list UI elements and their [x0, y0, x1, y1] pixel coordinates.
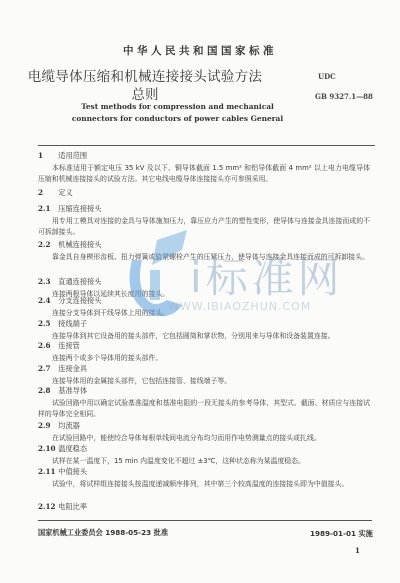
section-heading: 2.3 直通连接接头	[38, 277, 101, 287]
section-text: 连接导体到其它设备用的接头部件，它包括圆筒和掌状物，分别用来与导体和设备装置连接…	[38, 331, 370, 342]
section-heading: 2.5 接线端子	[38, 319, 87, 329]
section-text: 试样在某一温度下，15 min 内温度变化不超过 ±3℃，这种状态称为某温度稳态…	[38, 456, 370, 467]
section-heading: 2.4 分支连接接头	[38, 296, 101, 306]
section-heading: 2.11 中值接头	[38, 467, 87, 477]
section-text: 本标准适用于额定电压 35 kV 及以下、铜导体截面 1.5 mm² 和铝导体截…	[38, 163, 370, 185]
document-title-cn: 电缆导体压缩和机械连接接头试验方法	[0, 65, 290, 85]
approval-info: 国家机械工业委员会 1988-05-23 批准	[38, 528, 168, 538]
section-text: 试验回路中用以确定试验基准温度和基准电阻的一段无接头的参考导体，其型式、截面、材…	[38, 398, 370, 420]
udc-label: UDC	[318, 72, 336, 81]
page-number: 1	[355, 546, 360, 555]
section-heading: 2.2 机械连接接头	[38, 240, 101, 250]
section-heading: 2.9 均流器	[38, 421, 80, 431]
section-text: 连接导体用的金属接头部件，它包括连接管、接线端子等。	[38, 376, 370, 387]
section-heading: 2.8 基准导体	[38, 386, 87, 396]
standard-number: GB 9327.1—88	[315, 92, 373, 101]
section-text: 在试验回路中，能使绞合导体每根单线间电流分布均匀而用作电势测量点的接头或扎线。	[38, 433, 370, 444]
header-divider	[38, 145, 375, 146]
section-heading: 2.12 电阻比率	[38, 502, 87, 512]
section-heading: 2 定义	[38, 188, 73, 198]
document-subtitle-cn: 总则	[0, 83, 290, 103]
watermark-url: WWW.IBIAOZHUN.COM	[168, 300, 311, 313]
section-heading: 2.1 压缩连接接头	[38, 204, 101, 214]
section-heading: 1 适用范围	[38, 151, 87, 161]
section-heading: 2.10 温度稳态	[38, 444, 87, 454]
title-en-line-2: connectors for conductors of power cable…	[0, 113, 355, 125]
title-en-line-1: Test methods for compression and mechani…	[0, 101, 355, 113]
section-text: 用专用工模具对连接的金具与导体施加压力，靠压应力产生的塑性变形，使导体与连接金具…	[38, 216, 370, 238]
section-text: 连接两个或多个导体用的接头部件。	[38, 353, 370, 364]
section-text: 试验中，将试样组连接接头按温度递减顺序排列，其中第三个较高温度的连接接头即为中值…	[38, 479, 370, 490]
section-heading: 2.7 连接金具	[38, 364, 87, 374]
watermark-brand: i标准网	[190, 245, 344, 305]
document-page: 中华人民共和国国家标准 电缆导体压缩和机械连接接头试验方法 总则 UDC GB …	[0, 0, 400, 583]
document-title-en: Test methods for compression and mechani…	[0, 101, 355, 125]
national-standard-heading: 中华人民共和国国家标准	[0, 43, 400, 58]
effective-date: 1989-01-01 实施	[310, 529, 373, 539]
section-heading: 2.6 连接管	[38, 341, 80, 351]
footer-divider	[38, 520, 372, 521]
